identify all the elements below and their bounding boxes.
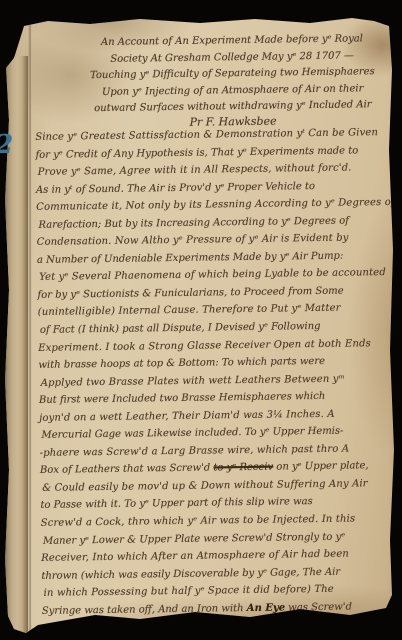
- body-text: Since yᵉ Greatest Sattissfaction & Demon…: [35, 124, 400, 620]
- line-text: Syringe was taken off, And an Iron with: [42, 603, 247, 617]
- title-block: An Account of An Experiment Made before …: [86, 31, 379, 118]
- emphasized-words: An Eye: [247, 602, 285, 614]
- line-text: Box of Leathers that was Screw'd: [40, 463, 214, 476]
- manuscript-page: An Account of An Experiment Made before …: [0, 0, 402, 640]
- struck-out-words: to yᵉ Receiv: [213, 462, 273, 474]
- line-text: on yᵉ Upper plate,: [273, 461, 368, 473]
- photo-background: An Account of An Experiment Made before …: [0, 0, 402, 640]
- manuscript-content: An Account of An Experiment Made before …: [26, 25, 400, 634]
- line-text: was Screw'd: [285, 601, 352, 613]
- folio-number: 2: [0, 132, 13, 158]
